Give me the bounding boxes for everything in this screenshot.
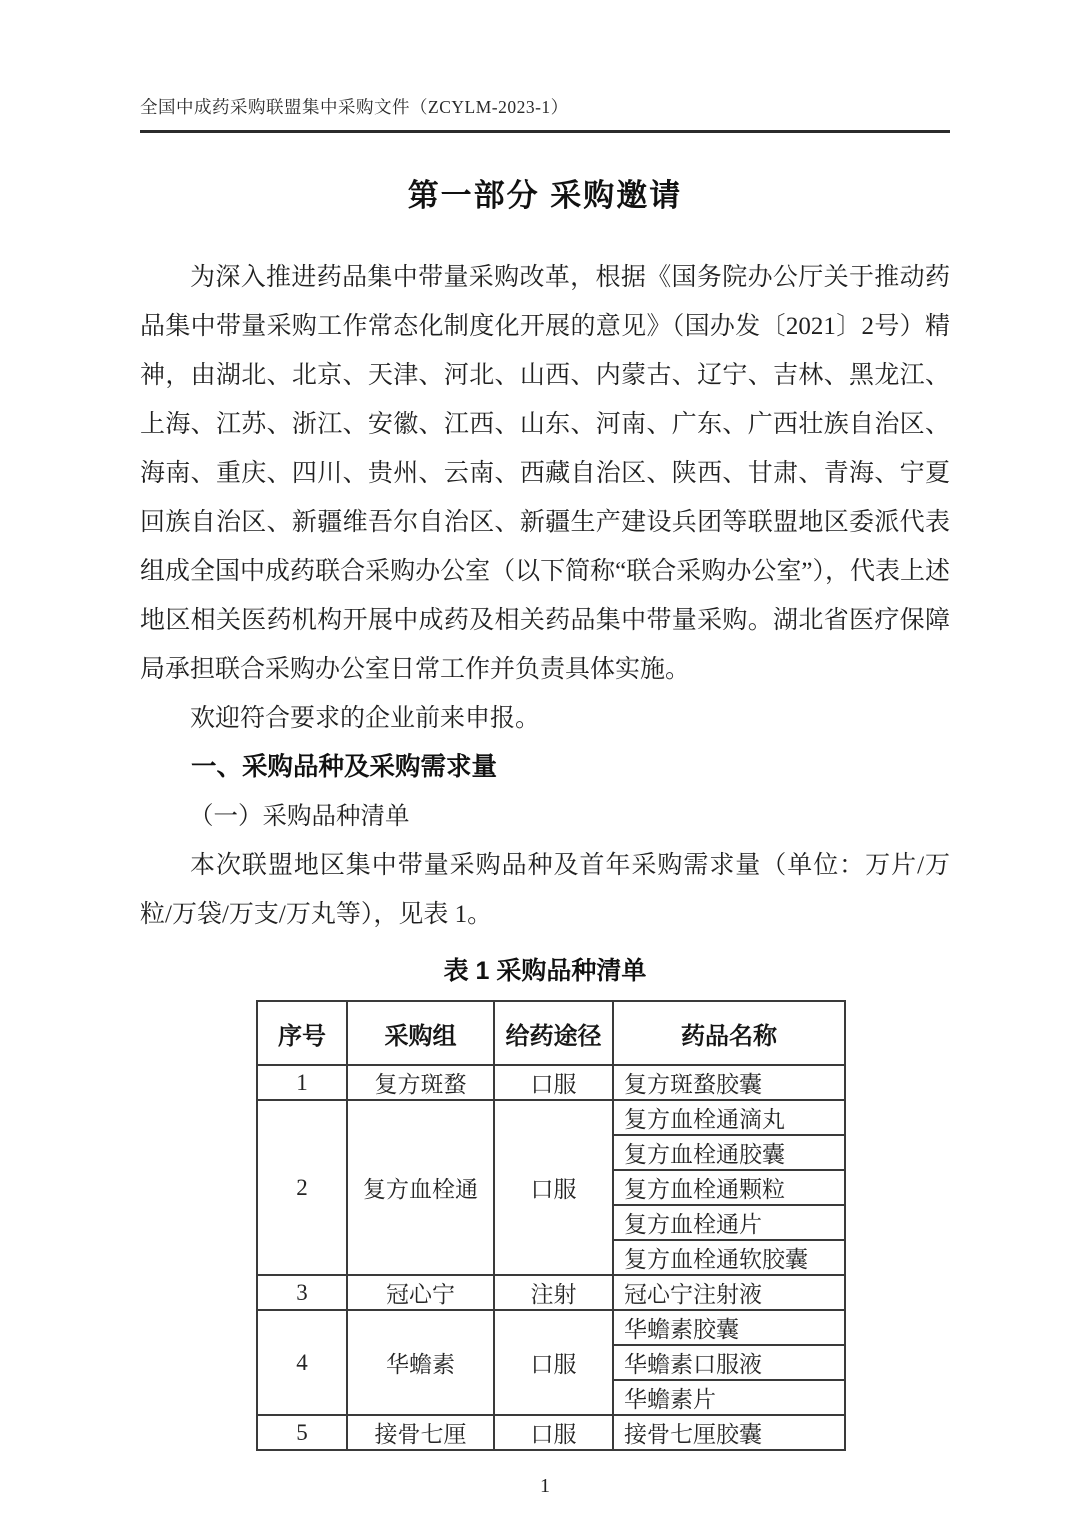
document-body: 为深入推进药品集中带量采购改革，根据《国务院办公厅关于推动药品集中带量采购工作常… [140,253,950,939]
table-row: 3冠心宁注射冠心宁注射液 [257,1275,845,1310]
cell-serial-no: 2 [257,1100,347,1275]
cell-drug-name: 复方血栓通片 [613,1205,845,1240]
procurement-table-body: 1复方斑蝥口服复方斑蝥胶囊2复方血栓通口服复方血栓通滴丸复方血栓通胶囊复方血栓通… [257,1065,845,1450]
document-page: 全国中成药采购联盟集中采购文件（ZCYLM-2023-1） 第一部分 采购邀请 … [0,0,1080,1526]
cell-drug-name: 复方血栓通颗粒 [613,1170,845,1205]
section-heading-procurement-varieties: 一、采购品种及采购需求量 [140,743,950,792]
paragraph-welcome: 欢迎符合要求的企业前来申报。 [140,694,950,743]
cell-procurement-group: 接骨七厘 [347,1415,494,1450]
cell-procurement-group: 冠心宁 [347,1275,494,1310]
cell-drug-name: 华蟾素胶囊 [613,1310,845,1345]
table-caption: 表 1 采购品种清单 [140,951,950,987]
table-row: 1复方斑蝥口服复方斑蝥胶囊 [257,1065,845,1100]
paragraph-introduction: 为深入推进药品集中带量采购改革，根据《国务院办公厅关于推动药品集中带量采购工作常… [140,253,950,694]
table-row: 5接骨七厘口服接骨七厘胶囊 [257,1415,845,1450]
document-header: 全国中成药采购联盟集中采购文件（ZCYLM-2023-1） [140,94,950,119]
cell-administration-route: 口服 [494,1415,613,1450]
page-title: 第一部分 采购邀请 [140,170,950,215]
cell-drug-name: 华蟾素片 [613,1380,845,1415]
subsection-heading-variety-list: （一）采购品种清单 [140,792,950,841]
cell-drug-name: 华蟾素口服液 [613,1345,845,1380]
cell-drug-name: 复方血栓通胶囊 [613,1135,845,1170]
cell-administration-route: 口服 [494,1065,613,1100]
cell-serial-no: 5 [257,1415,347,1450]
column-header-drug-name: 药品名称 [613,1001,845,1065]
page-number: 1 [140,1475,950,1498]
cell-procurement-group: 华蟾素 [347,1310,494,1415]
cell-procurement-group: 复方血栓通 [347,1100,494,1275]
column-header-administration-route: 给药途径 [494,1001,613,1065]
cell-serial-no: 1 [257,1065,347,1100]
cell-procurement-group: 复方斑蝥 [347,1065,494,1100]
header-divider-rule [140,130,950,133]
cell-administration-route: 口服 [494,1310,613,1415]
cell-drug-name: 冠心宁注射液 [613,1275,845,1310]
column-header-serial-no: 序号 [257,1001,347,1065]
cell-administration-route: 注射 [494,1275,613,1310]
paragraph-table-intro: 本次联盟地区集中带量采购品种及首年采购需求量（单位：万片/万粒/万袋/万支/万丸… [140,841,950,939]
table-row: 4华蟾素口服华蟾素胶囊 [257,1310,845,1345]
cell-serial-no: 4 [257,1310,347,1415]
table-row: 2复方血栓通口服复方血栓通滴丸 [257,1100,845,1135]
cell-drug-name: 接骨七厘胶囊 [613,1415,845,1450]
table-header-row: 序号 采购组 给药途径 药品名称 [257,1001,845,1065]
cell-drug-name: 复方血栓通滴丸 [613,1100,845,1135]
column-header-procurement-group: 采购组 [347,1001,494,1065]
cell-drug-name: 复方斑蝥胶囊 [613,1065,845,1100]
procurement-variety-table: 序号 采购组 给药途径 药品名称 1复方斑蝥口服复方斑蝥胶囊2复方血栓通口服复方… [256,1000,846,1451]
cell-administration-route: 口服 [494,1100,613,1275]
cell-drug-name: 复方血栓通软胶囊 [613,1240,845,1275]
cell-serial-no: 3 [257,1275,347,1310]
